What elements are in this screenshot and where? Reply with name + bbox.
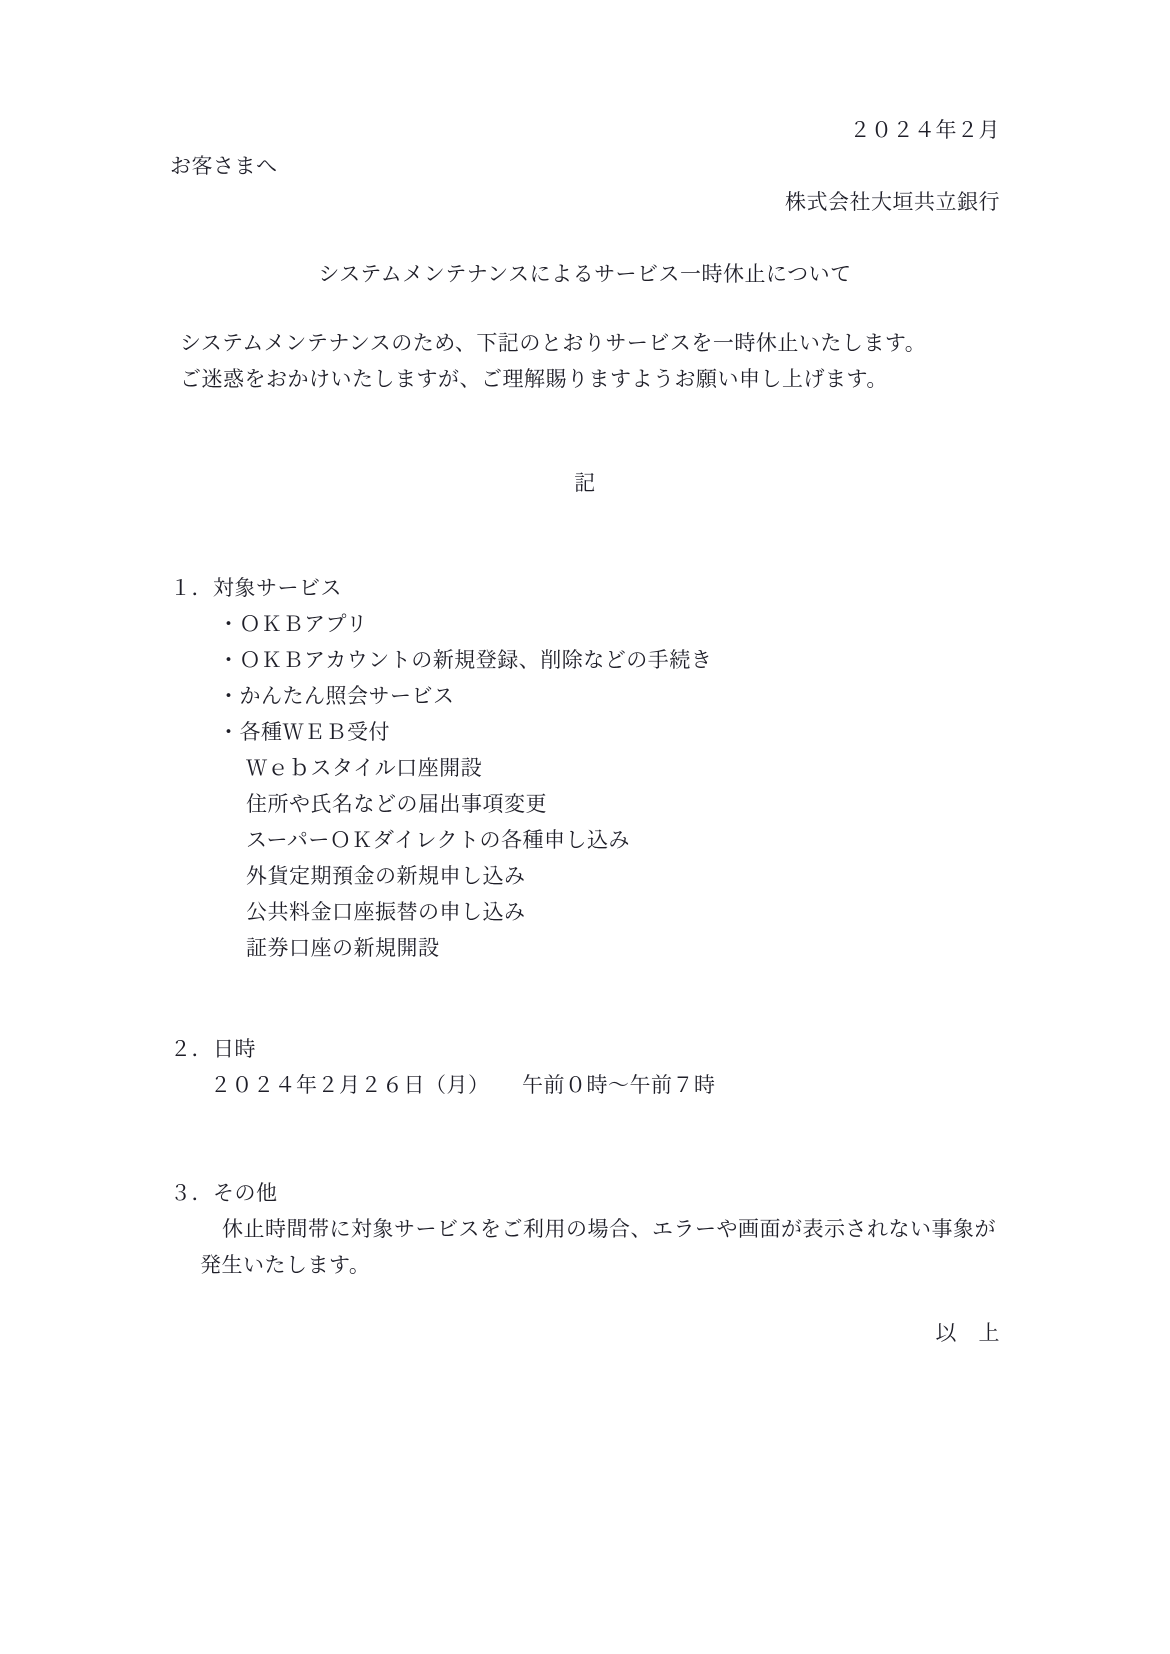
section-2-heading: ２．日時: [170, 1031, 1000, 1067]
section-3-body-line-1: 休止時間帯に対象サービスをご利用の場合、エラーや画面が表示されない事象が: [200, 1211, 1000, 1247]
notice-document-page: ２０２４年２月 お客さまへ 株式会社大垣共立銀行 システムメンテナンスによるサー…: [0, 0, 1170, 1654]
document-title: システムメンテナンスによるサービス一時休止について: [170, 256, 1000, 292]
sub-item-utility-transfer: 公共料金口座振替の申し込み: [246, 894, 1000, 930]
section-1-bullet-list: ・ＯＫＢアプリ ・ＯＫＢアカウントの新規登録、削除などの手続き ・かんたん照会サ…: [170, 606, 1000, 750]
sub-item-securities-account: 証券口座の新規開設: [246, 930, 1000, 966]
sender-company-line: 株式会社大垣共立銀行: [170, 184, 1000, 220]
intro-line-2: ご迷惑をおかけいたしますが、ご理解賜りますようお願い申し上げます。: [180, 361, 1000, 397]
section-3-body-line-2: 発生いたします。: [200, 1247, 1000, 1283]
sub-item-foreign-deposit: 外貨定期預金の新規申し込み: [246, 858, 1000, 894]
sub-item-address-name-change: 住所や氏名などの届出事項変更: [246, 786, 1000, 822]
bullet-item-kantan-shokai: ・かんたん照会サービス: [218, 678, 1000, 714]
closing-mark: 以 上: [170, 1315, 1000, 1351]
section-2-datetime: ２０２４年２月２６日（月） 午前０時～午前７時: [210, 1067, 1000, 1103]
issue-date: ２０２４年２月: [170, 112, 1000, 148]
section-1-sub-list: Ｗｅｂスタイル口座開設 住所や氏名などの届出事項変更 スーパーＯＫダイレクトの各…: [170, 750, 1000, 966]
section-3-paragraph: 休止時間帯に対象サービスをご利用の場合、エラーや画面が表示されない事象が 発生い…: [200, 1211, 1000, 1283]
bullet-item-okb-account: ・ＯＫＢアカウントの新規登録、削除などの手続き: [218, 642, 1000, 678]
sub-item-web-style-account: Ｗｅｂスタイル口座開設: [246, 750, 1000, 786]
section-3-heading: ３．その他: [170, 1175, 1000, 1211]
recipient-line: お客さまへ: [170, 148, 1000, 184]
sub-item-super-ok-direct: スーパーＯＫダイレクトの各種申し込み: [246, 822, 1000, 858]
intro-line-1: システムメンテナンスのため、下記のとおりサービスを一時休止いたします。: [180, 325, 1000, 361]
bullet-item-web-uketsuke: ・各種ＷＥＢ受付: [218, 714, 1000, 750]
intro-paragraph: システムメンテナンスのため、下記のとおりサービスを一時休止いたします。 ご迷惑を…: [180, 325, 1000, 397]
section-1-heading: １．対象サービス: [170, 570, 1000, 606]
bullet-item-okb-app: ・ＯＫＢアプリ: [218, 606, 1000, 642]
record-marker: 記: [170, 465, 1000, 501]
